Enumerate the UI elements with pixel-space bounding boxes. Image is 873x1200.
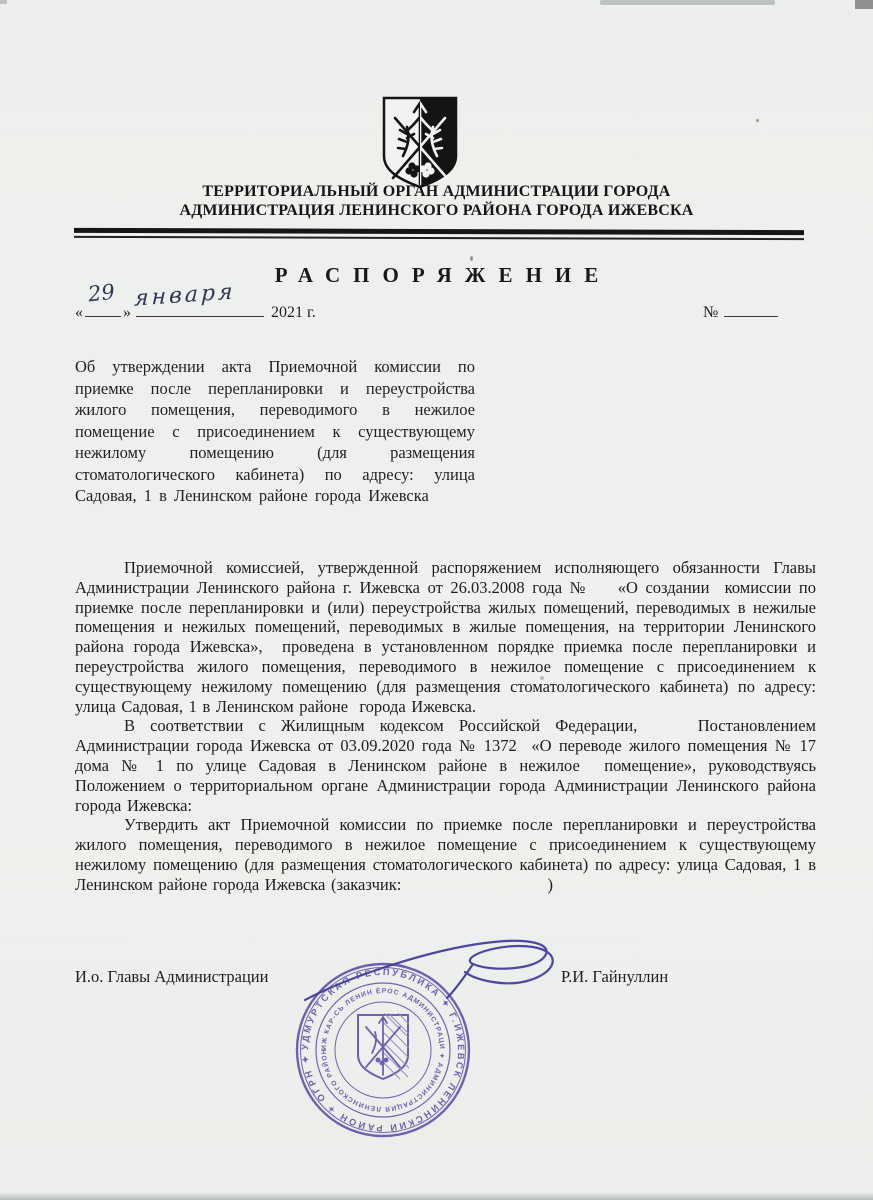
body-paragraph-3: Утвердить акт Приемочной комиссии по при… — [75, 815, 816, 894]
scan-corner-artifact — [855, 0, 873, 9]
number-blank — [724, 301, 778, 317]
number-label: № — [703, 304, 718, 321]
body-text: Приемочной комиссией, утвержденной распо… — [75, 558, 816, 895]
scan-speck — [470, 256, 473, 261]
letterhead-line2: АДМИНИСТРАЦИЯ ЛЕНИНСКОГО РАЙОНА ГОРОДА И… — [0, 201, 873, 220]
date-close-quote: » — [123, 304, 131, 321]
divider-thick-line — [74, 228, 804, 235]
document-title: РАСПОРЯЖЕНИЕ — [0, 263, 873, 288]
scan-corner-artifact — [0, 0, 7, 4]
date-year: 2021 г. — [271, 304, 316, 321]
document-page: ТЕРРИТОРИАЛЬНЫЙ ОРГАН АДМИНИСТРАЦИИ ГОРО… — [0, 0, 873, 1200]
handwritten-signature — [295, 928, 605, 1023]
letterhead-line1: ТЕРРИТОРИАЛЬНЫЙ ОРГАН АДМИНИСТРАЦИИ ГОРО… — [0, 182, 873, 201]
signature-role: И.о. Главы Администрации — [75, 967, 268, 987]
date-open-quote: « — [75, 304, 83, 321]
number-field: № — [703, 301, 778, 322]
date-line: «29»января2021 г. № — [75, 301, 805, 331]
letterhead: ТЕРРИТОРИАЛЬНЫЙ ОРГАН АДМИНИСТРАЦИИ ГОРО… — [0, 182, 873, 220]
body-paragraph-1: Приемочной комиссией, утвержденной распо… — [75, 558, 816, 716]
divider-thin-line — [74, 236, 804, 240]
scan-smudge — [600, 0, 775, 5]
scan-shadow — [0, 1192, 873, 1200]
subject-paragraph: Об утверждении акта Приемочной комиссии … — [75, 356, 475, 507]
header-divider — [74, 228, 804, 240]
date-day-blank: 29 — [85, 301, 121, 317]
handwritten-day: 29 — [87, 280, 116, 307]
body-paragraph-2: В соответствии с Жилищным кодексом Росси… — [75, 716, 816, 815]
scan-speck — [756, 119, 759, 122]
coat-of-arms-icon — [379, 94, 461, 190]
date-month-blank: января — [136, 301, 264, 317]
